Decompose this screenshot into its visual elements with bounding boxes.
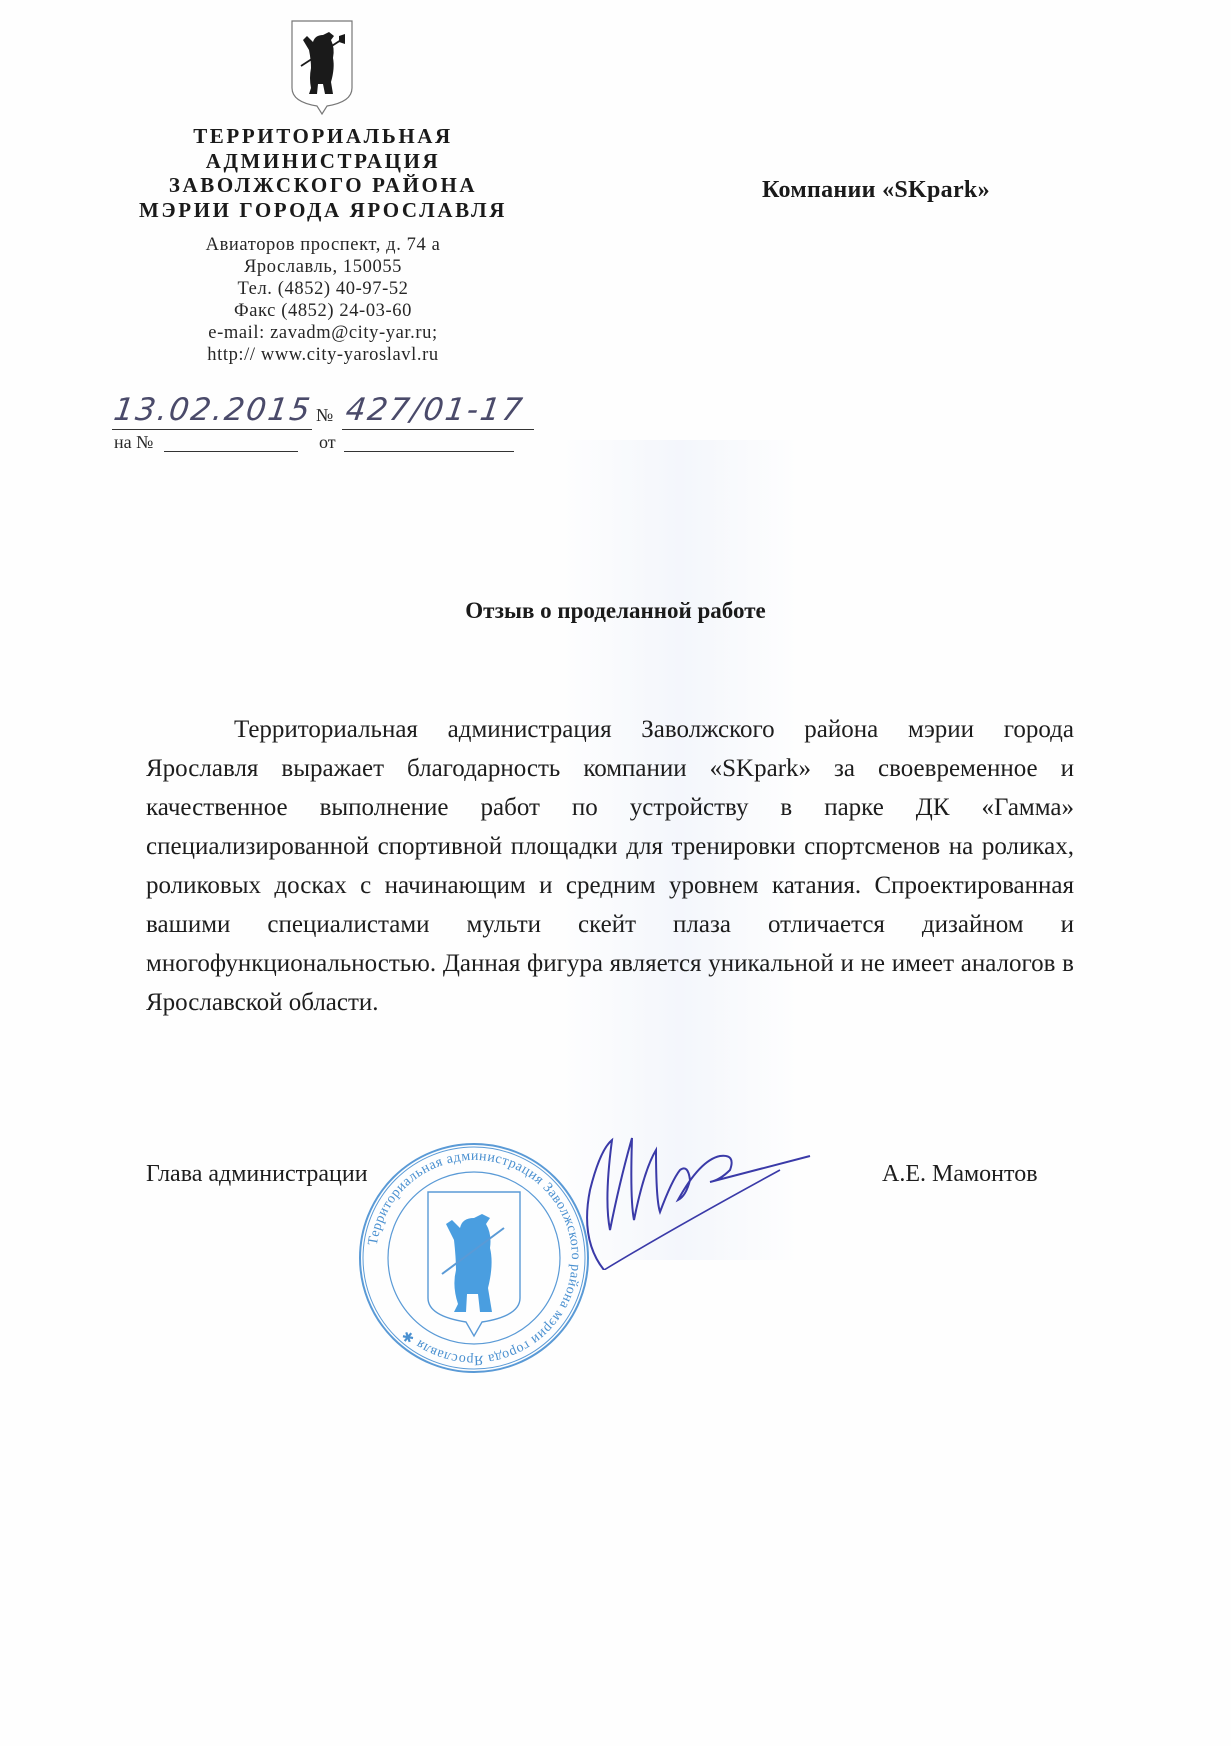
number-underline xyxy=(342,429,534,430)
date-underline xyxy=(112,429,312,430)
handwritten-date: 13.02.2015 xyxy=(111,392,314,428)
org-line: АДМИНИСТРАЦИЯ xyxy=(120,149,526,174)
website-line: http:// www.city-yaroslavl.ru xyxy=(120,344,526,366)
ref-from-label: от xyxy=(319,432,336,453)
org-line: ЗАВОЛЖСКОГО РАЙОНА xyxy=(120,173,526,198)
ref-number-label: на № xyxy=(114,432,153,453)
signatory-role: Глава администрации xyxy=(146,1161,368,1188)
signatory-name: А.Е. Мамонтов xyxy=(882,1161,1038,1188)
official-stamp-icon: Территориальная администрация Заволжског… xyxy=(354,1140,594,1376)
org-line: МЭРИИ ГОРОДА ЯРОСЛАВЛЯ xyxy=(120,198,526,223)
handwritten-number: 427/01-17 xyxy=(343,392,526,428)
document-body: Территориальная администрация Заволжског… xyxy=(146,710,1074,1022)
number-label: № xyxy=(316,405,333,426)
document-title: Отзыв о проделанной работе xyxy=(0,598,1231,624)
organization-address: Авиаторов проспект, д. 74 а Ярославль, 1… xyxy=(120,234,526,366)
ref-from-underline xyxy=(344,451,514,452)
registration-line: 13.02.2015 № 427/01-17 xyxy=(110,392,540,432)
handwritten-signature xyxy=(560,1120,820,1270)
recipient: Компании «SKpark» xyxy=(762,177,990,204)
address-line: Ярославль, 150055 xyxy=(120,256,526,278)
address-line: Авиаторов проспект, д. 74 а xyxy=(120,234,526,256)
organization-name: ТЕРРИТОРИАЛЬНАЯ АДМИНИСТРАЦИЯ ЗАВОЛЖСКОГ… xyxy=(120,124,526,222)
ref-number-underline xyxy=(164,451,298,452)
fax-line: Факс (4852) 24-03-60 xyxy=(120,300,526,322)
letter-page: ТЕРРИТОРИАЛЬНАЯ АДМИНИСТРАЦИЯ ЗАВОЛЖСКОГ… xyxy=(0,0,1231,1746)
phone-line: Тел. (4852) 40-97-52 xyxy=(120,278,526,300)
coat-of-arms-icon xyxy=(289,18,355,116)
org-line: ТЕРРИТОРИАЛЬНАЯ xyxy=(120,124,526,149)
email-line: e-mail: zavadm@city-yar.ru; xyxy=(120,322,526,344)
reference-line: на № от xyxy=(112,432,542,458)
